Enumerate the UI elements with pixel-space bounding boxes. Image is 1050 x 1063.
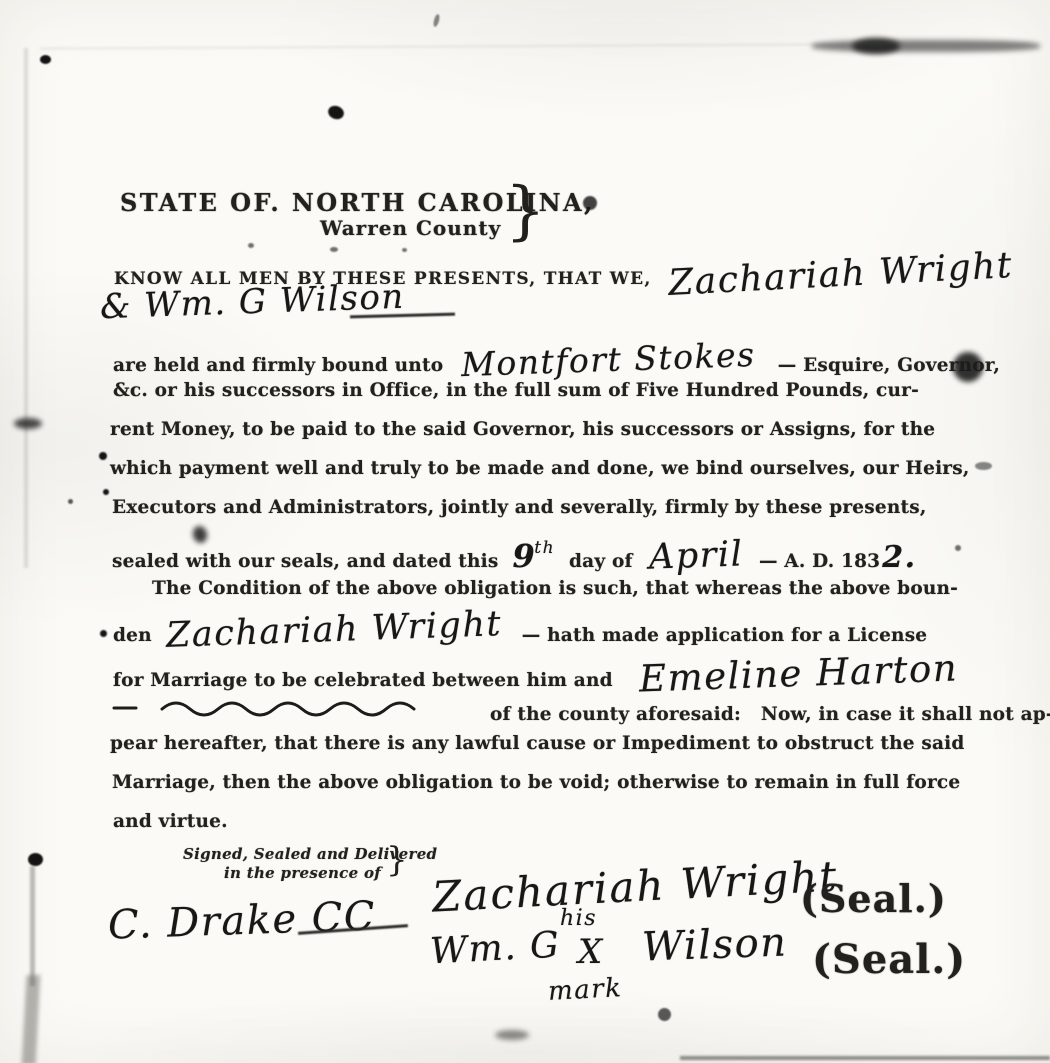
bride-line: for Marriage to be celebrated between hi…: [113, 652, 958, 695]
void-line: Marriage, then the above obligation to b…: [112, 772, 960, 793]
smudge-bottom: [495, 1030, 529, 1040]
ink-blot-right: [953, 352, 983, 382]
virtue-line: and virtue.: [113, 811, 228, 832]
bounden-name-line: den Zachariah Wright — hath made applica…: [113, 610, 927, 650]
impediment-line: pear hereafter, that there is any lawful…: [110, 733, 965, 754]
ink-spot: [68, 499, 73, 504]
sum-line-4: Executors and Administrators, jointly an…: [112, 497, 927, 518]
vertical-crease-left: [24, 48, 28, 568]
ink-streak-core: [852, 38, 900, 54]
ink-spot-bottom-left: [28, 853, 43, 866]
crease-shadow-bottom-left: [22, 975, 41, 1063]
handwritten-governor-name: Montfort Stokes: [461, 335, 757, 384]
handwritten-flourish-line: [110, 694, 478, 720]
ink-spot: [326, 104, 345, 122]
printed-text: — A. D. 183: [759, 551, 880, 572]
printed-text: — hath made application for a License: [522, 625, 928, 646]
condition-line-1: The Condition of the above obligation is…: [152, 578, 958, 599]
ink-spot: [432, 14, 440, 28]
ink-blot-header: [583, 196, 597, 210]
ink-spot: [100, 630, 107, 637]
printed-text: day of: [569, 551, 633, 572]
crease-ink-blip: [14, 418, 42, 429]
printed-text: sealed with our seals, and dated this: [112, 551, 498, 572]
ink-spot: [656, 1006, 674, 1024]
his-mark-word: mark: [547, 973, 623, 1007]
ink-spot: [103, 489, 109, 495]
printed-text: den: [113, 625, 152, 646]
handwritten-day: 9: [512, 537, 536, 575]
printed-text: for Marriage to be celebrated between hi…: [113, 670, 613, 691]
handwritten-principal2-name: & Wm. G Wilson: [99, 277, 405, 328]
vertical-crease-bottom-left: [30, 866, 35, 986]
handwritten-bride-name: Emeline Harton: [638, 646, 958, 700]
county-subtitle: Warren County: [320, 216, 501, 240]
ink-spot: [975, 462, 992, 470]
attestation-line-2: in the presence of: [224, 864, 381, 882]
handwritten-day-suffix: th: [534, 538, 555, 558]
attestation-brace: }: [386, 840, 408, 880]
dated-line: sealed with our seals, and dated this 9 …: [112, 536, 917, 576]
ink-spot: [99, 452, 107, 460]
principal2-signature-last: Wilson: [641, 919, 788, 970]
sum-line-2: rent Money, to be paid to the said Gover…: [110, 419, 935, 440]
header-brace: }: [505, 174, 546, 248]
sum-line-3: which payment well and truly to be made …: [110, 458, 970, 479]
printed-text: of the county aforesaid: Now, in case it…: [490, 704, 1050, 725]
scanned-marriage-bond-document: STATE OF. NORTH CAROLINA, Warren County …: [0, 0, 1050, 1063]
handwritten-bounden-name: Zachariah Wright: [165, 604, 502, 656]
sum-line-1: &c. or his successors in Office, in the …: [113, 380, 919, 401]
ink-spot: [955, 545, 961, 551]
witness-signature: C. Drake CC: [107, 893, 376, 948]
ink-spot: [402, 248, 407, 252]
aforesaid-line: of the county aforesaid: Now, in case it…: [110, 694, 1050, 725]
seal-label-2: (Seal.): [812, 936, 966, 983]
principal1-signature: Zachariah Wright: [431, 851, 839, 921]
ink-spot: [40, 55, 51, 64]
his-mark-his: his: [560, 906, 597, 931]
printed-text: are held and firmly bound unto: [113, 355, 443, 376]
handwritten-year-digit: 2.: [882, 540, 916, 575]
ink-spot: [330, 247, 338, 252]
handwritten-month: April: [648, 534, 744, 577]
ink-spot: [248, 243, 254, 248]
bound-unto-line: are held and firmly bound unto Montfort …: [113, 340, 1000, 379]
handwritten-principal1-name: Zachariah Wright: [667, 245, 1014, 304]
his-mark-x: X: [578, 932, 604, 972]
scan-edge-bottom-right: [680, 1056, 1050, 1060]
principal2-signature-first: Wm. G: [429, 925, 561, 973]
seal-label-1: (Seal.): [800, 876, 947, 921]
